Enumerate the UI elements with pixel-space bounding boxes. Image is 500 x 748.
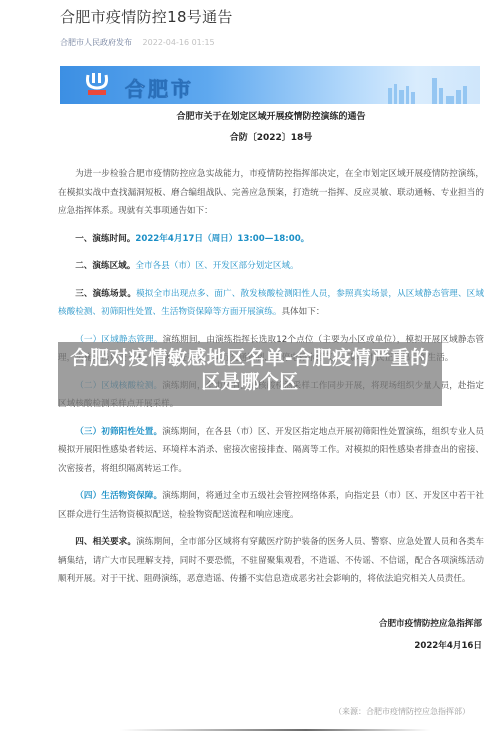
section-content: 2022年4月17日（周日）13:00—18:00。 xyxy=(135,234,309,244)
publish-timestamp: 2022-04-16 01:15 xyxy=(143,38,215,47)
section-tail: 具体如下： xyxy=(281,307,324,317)
section-label: 一、演练时间。 xyxy=(75,234,135,244)
document-title: 合肥市关于在划定区域开展疫情防控演练的通告 xyxy=(58,110,484,124)
subsection-positive-handling: （三）初筛阳性处置。演练期间，在各县（市）区、开发区指定地点开展初筛阳性处置演练… xyxy=(58,423,484,479)
divider xyxy=(120,729,430,731)
section-area: 二、演练区域。全市各县（市）区、开发区部分划定区域。 xyxy=(58,257,484,276)
overlay-caption: 合肥对疫情敏感地区名单-合肥疫情严重的区是哪个区 xyxy=(58,342,442,394)
section-scenario: 三、演练场景。模拟全市出现点多、面广、散发核酸检测阳性人员，参照真实场景，从区域… xyxy=(58,285,484,322)
publisher-link[interactable]: 合肥市人民政府发布 xyxy=(60,38,132,47)
section-label: 三、演练场景。 xyxy=(75,289,136,299)
signature-date: 2022年4月16日 xyxy=(58,639,484,653)
subsection-supplies: （四）生活物资保障。演练期间，将通过全市五级社会管控网络体系，向指定县（市）区、… xyxy=(58,487,484,524)
document-number: 合防〔2022〕18号 xyxy=(58,131,484,145)
section-time: 一、演练时间。2022年4月17日（周日）13:00—18:00。 xyxy=(58,230,484,249)
skyline-icon xyxy=(384,74,474,104)
section-content: 全市各县（市）区、开发区部分划定区域。 xyxy=(135,261,298,271)
subsection-label: （四）生活物资保障。 xyxy=(75,491,162,501)
source-note: （来源：合肥市疫情防控应急指挥部） xyxy=(334,706,470,717)
article-meta: 合肥市人民政府发布 2022-04-16 01:15 xyxy=(60,37,480,49)
section-requirements: 四、相关要求。演练期间，全市部分区域将有穿戴医疗防护装备的医务人员、警察、应急处… xyxy=(58,533,484,589)
intro-paragraph: 为进一步检验合肥市疫情防控应急实战能力，市疫情防控指挥部决定，在全市划定区域开展… xyxy=(58,165,484,221)
signature-org: 合肥市疫情防控应急指挥部 xyxy=(58,617,484,631)
article-header: 合肥市疫情防控18号通告 合肥市人民政府发布 2022-04-16 01:15 xyxy=(60,6,480,49)
hefei-city-logo-icon xyxy=(82,71,112,99)
subsection-label: （三）初筛阳性处置。 xyxy=(75,427,162,437)
banner-city-name: 合肥市 xyxy=(125,73,194,102)
article-title: 合肥市疫情防控18号通告 xyxy=(60,6,480,28)
section-label: 二、演练区域。 xyxy=(75,261,135,271)
section-label: 四、相关要求。 xyxy=(75,537,136,547)
caption-overlay: 合肥对疫情敏感地区名单-合肥疫情严重的区是哪个区 xyxy=(58,342,442,406)
city-banner: 合肥市 xyxy=(60,66,480,104)
